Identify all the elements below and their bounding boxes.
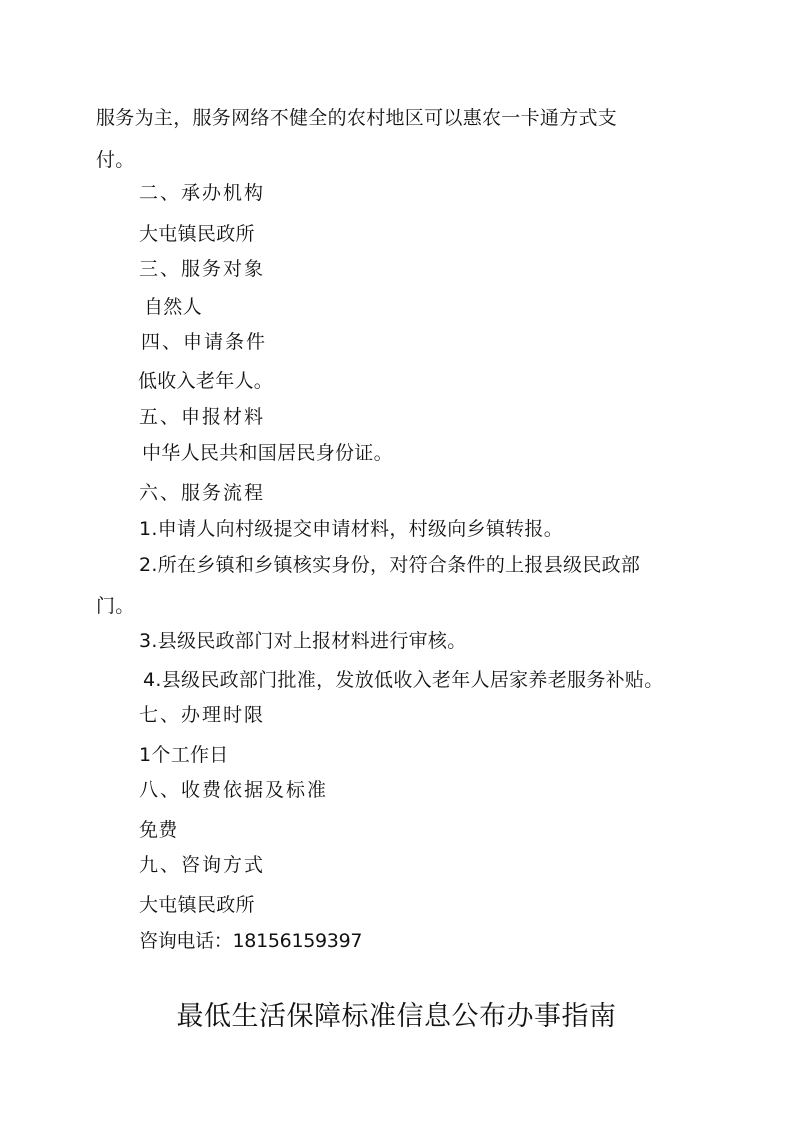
section-heading-fees: 八、收费依据及标准 bbox=[139, 778, 328, 802]
section-content: 低收入老年人。 bbox=[138, 369, 273, 393]
section-content: 自然人 bbox=[144, 295, 202, 319]
process-step-continuation: 门。 bbox=[96, 594, 135, 618]
section-heading-application-conditions: 四、申请条件 bbox=[141, 330, 267, 354]
section-content: 大屯镇民政所 bbox=[139, 893, 255, 917]
section-content: 1个工作日 bbox=[139, 743, 229, 767]
section-heading-application-materials: 五、申报材料 bbox=[139, 405, 265, 429]
next-section-title: 最低生活保障标准信息公布办事指南 bbox=[0, 1000, 793, 1034]
section-content: 免费 bbox=[139, 818, 178, 842]
section-heading-service-process: 六、服务流程 bbox=[139, 481, 265, 505]
section-heading-undertaking-agency: 二、承办机构 bbox=[139, 181, 265, 205]
process-step: 2.所在乡镇和乡镇核实身份，对符合条件的上报县级民政部 bbox=[139, 553, 640, 577]
section-heading-consultation: 九、咨询方式 bbox=[139, 853, 265, 877]
section-content: 中华人民共和国居民身份证。 bbox=[142, 441, 393, 465]
process-step: 1.申请人向村级提交申请材料，村级向乡镇转报。 bbox=[139, 517, 563, 541]
paragraph-continuation-line: 付。 bbox=[96, 148, 135, 172]
process-step: 3.县级民政部门对上报材料进行审核。 bbox=[139, 629, 467, 653]
paragraph-continuation-line: 服务为主，服务网络不健全的农村地区可以惠农一卡通方式支 bbox=[96, 106, 617, 130]
process-step: 4.县级民政部门批准，发放低收入老年人居家养老服务补贴。 bbox=[143, 668, 664, 692]
section-heading-processing-time: 七、办理时限 bbox=[139, 703, 265, 727]
consultation-phone: 咨询电话：18156159397 bbox=[139, 929, 362, 953]
section-content: 大屯镇民政所 bbox=[139, 222, 255, 246]
section-heading-service-target: 三、服务对象 bbox=[139, 257, 265, 281]
